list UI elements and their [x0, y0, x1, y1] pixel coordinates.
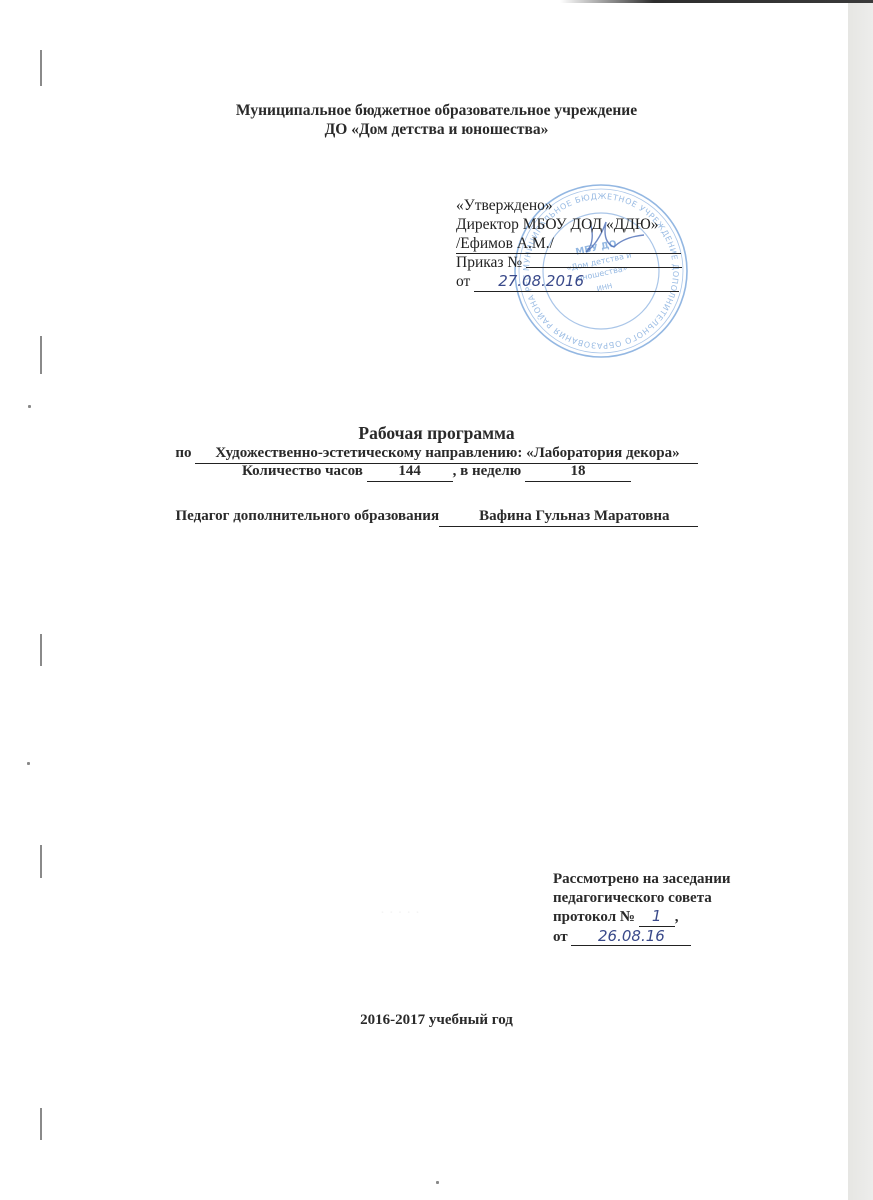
approval-name: /Ефимов А.М./: [456, 234, 681, 254]
scan-top-edge: [560, 0, 873, 3]
approval-title: «Утверждено»: [456, 196, 682, 215]
teacher-name: Вафина Гульназ Маратовна: [439, 507, 697, 527]
per-week-value: 18: [525, 462, 631, 482]
approval-date-label: от: [456, 273, 470, 290]
protocol-suffix: ,: [675, 909, 679, 925]
protocol-number: 1: [639, 907, 675, 927]
review-date-handwritten: 26.08.16: [571, 927, 691, 947]
organization-name: Муниципальное бюджетное образовательное …: [0, 102, 873, 120]
approval-signature-line: /Ефимов А.М./: [456, 234, 682, 253]
hours-line: Количество часов 144, в неделю 18: [0, 462, 873, 482]
organization-subname: ДО «Дом детства и юношества»: [0, 121, 873, 139]
program-direction-line: по Художественно-эстетическому направлен…: [0, 444, 873, 464]
review-date-line: от 26.08.16: [553, 927, 730, 947]
teacher-line: Педагог дополнительного образованияВафин…: [0, 507, 873, 527]
approval-director: Директор МБОУ ДОД «ДДЮ»: [456, 215, 682, 234]
teacher-label: Педагог дополнительного образования: [176, 508, 440, 524]
binding-hole-mark: [40, 50, 42, 86]
binding-hole-mark: [40, 1108, 42, 1140]
binding-hole-mark: [40, 845, 42, 878]
binding-hole-mark: [40, 634, 42, 666]
program-direction: Художественно-эстетическому направлению:…: [195, 444, 697, 464]
scan-speck: [27, 762, 30, 765]
document-title: Рабочая программа: [0, 423, 873, 444]
approval-block: «Утверждено» Директор МБОУ ДОД «ДДЮ» /Еф…: [456, 196, 682, 291]
approval-date-handwritten: 27.08.2016: [474, 272, 679, 292]
hours-label: Количество часов: [242, 463, 363, 479]
approval-order-line: Приказ №: [456, 253, 682, 272]
per-week-label: , в неделю: [453, 463, 522, 479]
review-protocol-line: протокол № 1,: [553, 907, 730, 927]
review-date-label: от: [553, 929, 568, 945]
review-line1: Рассмотрено на заседании: [553, 870, 730, 889]
hours-value: 144: [367, 462, 453, 482]
order-label: Приказ №: [456, 254, 522, 271]
protocol-label: протокол №: [553, 909, 635, 925]
order-number-field: [526, 253, 682, 268]
academic-year: 2016-2017 учебный год: [0, 1011, 873, 1030]
approval-date-line: от 27.08.2016: [456, 272, 682, 291]
bleed-through-text: · · · · ·: [380, 905, 420, 922]
binding-hole-mark: [40, 336, 42, 374]
review-block: Рассмотрено на заседании педагогического…: [553, 870, 730, 946]
scan-speck: [436, 1181, 439, 1184]
direction-prefix: по: [175, 445, 191, 461]
review-line2: педагогического совета: [553, 889, 730, 908]
scan-speck: [28, 405, 31, 408]
